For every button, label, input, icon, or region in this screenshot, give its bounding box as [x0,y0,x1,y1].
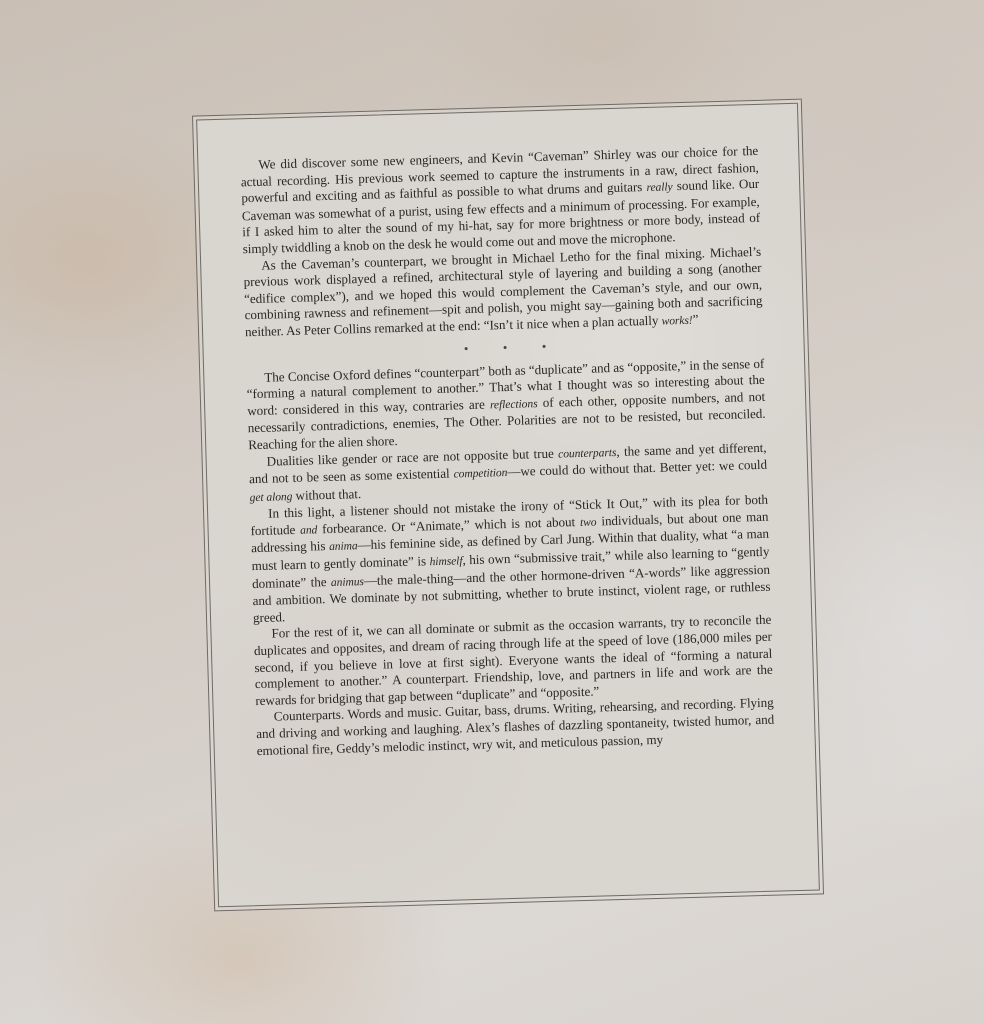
emphasized-text: competition [453,467,507,480]
separator-dot-icon [464,347,467,350]
body-text: ” [692,312,698,327]
page-frame-outer-border: We did discover some new engineers, and … [192,99,824,912]
emphasized-text: and [300,524,317,536]
emphasized-text: works! [661,315,692,328]
emphasized-text: counterparts [558,446,616,460]
separator-dot-icon [542,345,545,348]
paragraph: For the rest of it, we can all dominate … [253,612,773,709]
separator-dot-icon [503,346,506,349]
paragraph: We did discover some new engineers, and … [240,143,761,258]
section-counterparts-definition: The Concise Oxford defines “counterpart”… [246,355,775,759]
document-body: We did discover some new engineers, and … [240,143,775,759]
emphasized-text: himself [429,555,462,568]
emphasized-text: get along [250,491,293,504]
body-text: without that. [292,486,361,503]
paragraph: As the Caveman’s counterpart, we brought… [243,243,763,341]
emphasized-text: reflections [490,398,538,411]
body-text: For the rest of it, we can all dominate … [254,612,773,708]
emphasized-text: really [646,181,672,194]
emphasized-text: two [580,516,597,528]
paragraph: The Concise Oxford defines “counterpart”… [246,355,766,453]
paragraph: In this light, a listener should not mis… [250,492,771,627]
section-recording-engineers: We did discover some new engineers, and … [240,143,763,342]
emphasized-text: anima [329,541,358,554]
emphasized-text: animus [331,576,364,589]
page-frame-inner-border: We did discover some new engineers, and … [196,103,820,908]
